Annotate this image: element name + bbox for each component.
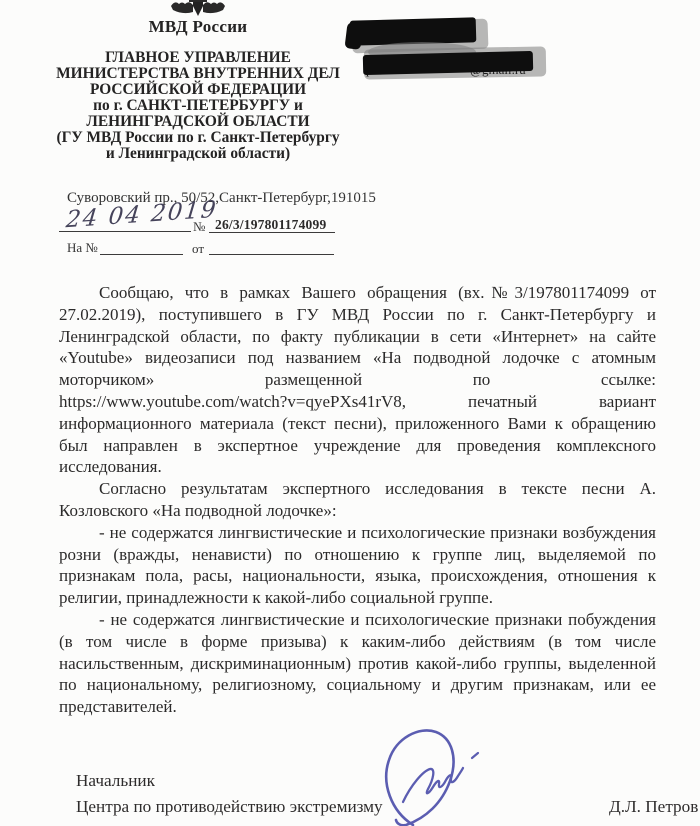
org-short-name: МВД России (12, 17, 384, 37)
number-sign-label: № (193, 219, 205, 235)
org-full-name: ГЛАВНОЕ УПРАВЛЕНИЕ МИНИСТЕРСТВА ВНУТРЕНН… (12, 50, 384, 162)
mvd-eagle-emblem-icon (169, 0, 227, 16)
date-underline (59, 231, 191, 232)
from-date-underline (209, 254, 334, 255)
handwritten-signature (379, 725, 507, 826)
org-line: по г. САНКТ-ПЕТЕРБУРГУ и (12, 98, 384, 114)
signer-name: Д.Л. Петров (609, 797, 698, 817)
signer-position-title: Начальник (76, 771, 155, 791)
signer-department: Центра по противодействию экстремизму (76, 797, 383, 817)
on-number-label: На № (67, 240, 98, 256)
paragraph-expertise: Согласно результатам экспертного исследо… (59, 478, 656, 522)
org-line: (ГУ МВД России по г. Санкт-Петербургу (12, 130, 384, 146)
number-underline (209, 232, 335, 233)
marker-stroke (363, 51, 533, 75)
youtube-url-text: https://www.youtube.com/watch?v=qyePXs41… (59, 392, 406, 411)
on-number-underline (100, 254, 183, 255)
letterhead: МВД России ГЛАВНОЕ УПРАВЛЕНИЕ МИНИСТЕРСТ… (12, 0, 384, 162)
org-line: ГЛАВНОЕ УПРАВЛЕНИЕ (12, 50, 384, 66)
from-date-label: от (192, 241, 204, 257)
marker-stroke (344, 22, 363, 50)
paragraph-text: Сообщаю, что в рамках Вашего обращения (… (59, 283, 656, 389)
org-line: и Ленинградской области) (12, 146, 384, 162)
scanned-letter-page: МВД России ГЛАВНОЕ УПРАВЛЕНИЕ МИНИСТЕРСТ… (0, 0, 700, 826)
outgoing-number: 26/3/197801174099 (215, 217, 326, 233)
letter-body: Сообщаю, что в рамках Вашего обращения (… (59, 282, 656, 718)
org-line: МИНИСТЕРСТВА ВНУТРЕННИХ ДЕЛ (12, 66, 384, 82)
org-line: РОССИЙСКОЙ ФЕДЕРАЦИИ (12, 82, 384, 98)
paragraph-finding-2: - не содержатся лингвистические и психол… (59, 609, 656, 718)
org-line: ЛЕНИНГРАДСКОЙ ОБЛАСТИ (12, 114, 384, 130)
paragraph-intro: Сообщаю, что в рамках Вашего обращения (… (59, 282, 656, 478)
paragraph-finding-1: - не содержатся лингвистические и психол… (59, 522, 656, 609)
